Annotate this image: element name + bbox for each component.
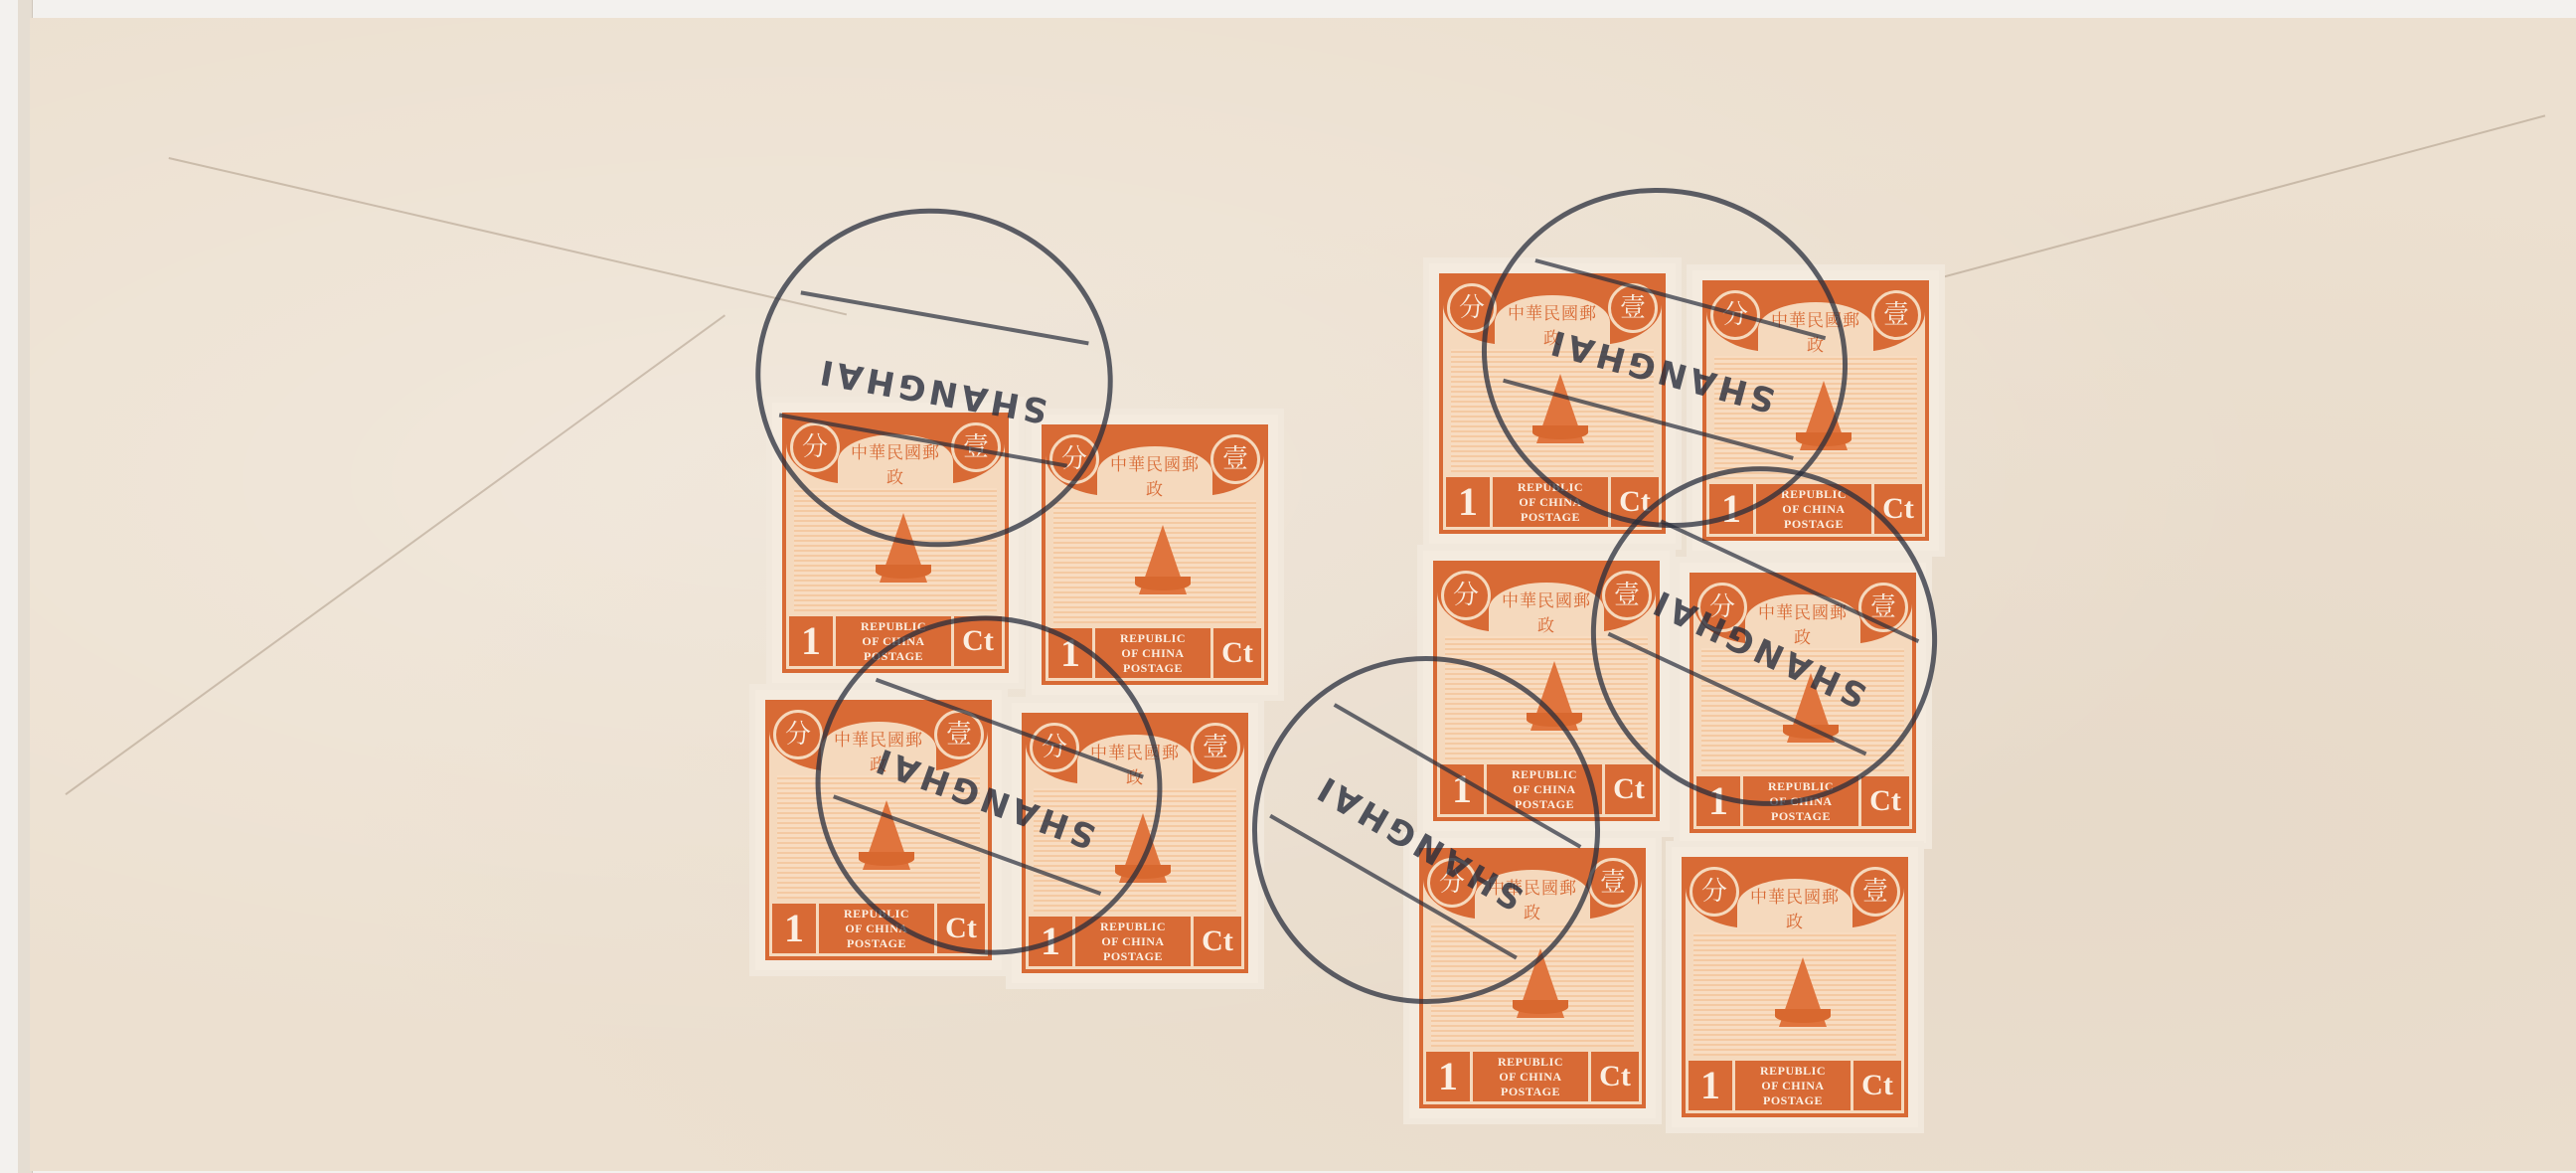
stamp-value: 1: [1689, 1061, 1732, 1110]
stamp: 中華民國郵政 分 壹 1 REPUBLICOF CHINAPOSTAGE Ct: [1672, 847, 1918, 1127]
stamp-unit: Ct: [1605, 764, 1653, 814]
stamp-unit: Ct: [1853, 1061, 1901, 1110]
stamp-caption: REPUBLICOF CHINAPOSTAGE: [1075, 917, 1191, 966]
stamp-value: 1: [1426, 1052, 1470, 1101]
stamp-country-cn: 中華民國郵政: [1745, 883, 1845, 932]
flap-fold-diagonal: [65, 314, 725, 795]
junk-ship-vignette: [1053, 500, 1256, 623]
flap-fold-left: [169, 157, 848, 315]
stamp-corner-left: 分: [1690, 867, 1739, 917]
stamp-value: 1: [1446, 477, 1490, 527]
postmark-text: SHANGHAI: [1263, 741, 1575, 944]
stamp-caption: REPUBLICOF CHINAPOSTAGE: [1473, 1052, 1588, 1101]
stamp-corner-right: 壹: [1851, 867, 1900, 917]
stamp-unit: Ct: [1194, 917, 1241, 966]
postmark-text: SHANGHAI: [757, 341, 1107, 440]
envelope: [30, 18, 2576, 1171]
stamp-value: 1: [789, 616, 833, 666]
stamp-value: 1: [772, 904, 816, 953]
postmark-text: SHANGHAI: [1597, 559, 1920, 738]
stamp-corner-left: 分: [1441, 571, 1491, 620]
junk-ship-vignette: [1693, 932, 1896, 1056]
stamp-country-cn: 中華民國郵政: [1497, 586, 1596, 636]
stamp-corner-right: 壹: [1191, 723, 1240, 772]
stamp-country-cn: 中華民國郵政: [1105, 450, 1205, 500]
stamp-unit: Ct: [1213, 628, 1261, 678]
stamp-unit: Ct: [1861, 776, 1909, 826]
stamp-caption: REPUBLICOF CHINAPOSTAGE: [1735, 1061, 1851, 1110]
stamp-corner-right: 壹: [1871, 290, 1921, 340]
stamp-corner-right: 壹: [1210, 434, 1260, 484]
stamp-unit: Ct: [1591, 1052, 1639, 1101]
stamp-corner-left: 分: [773, 710, 823, 759]
